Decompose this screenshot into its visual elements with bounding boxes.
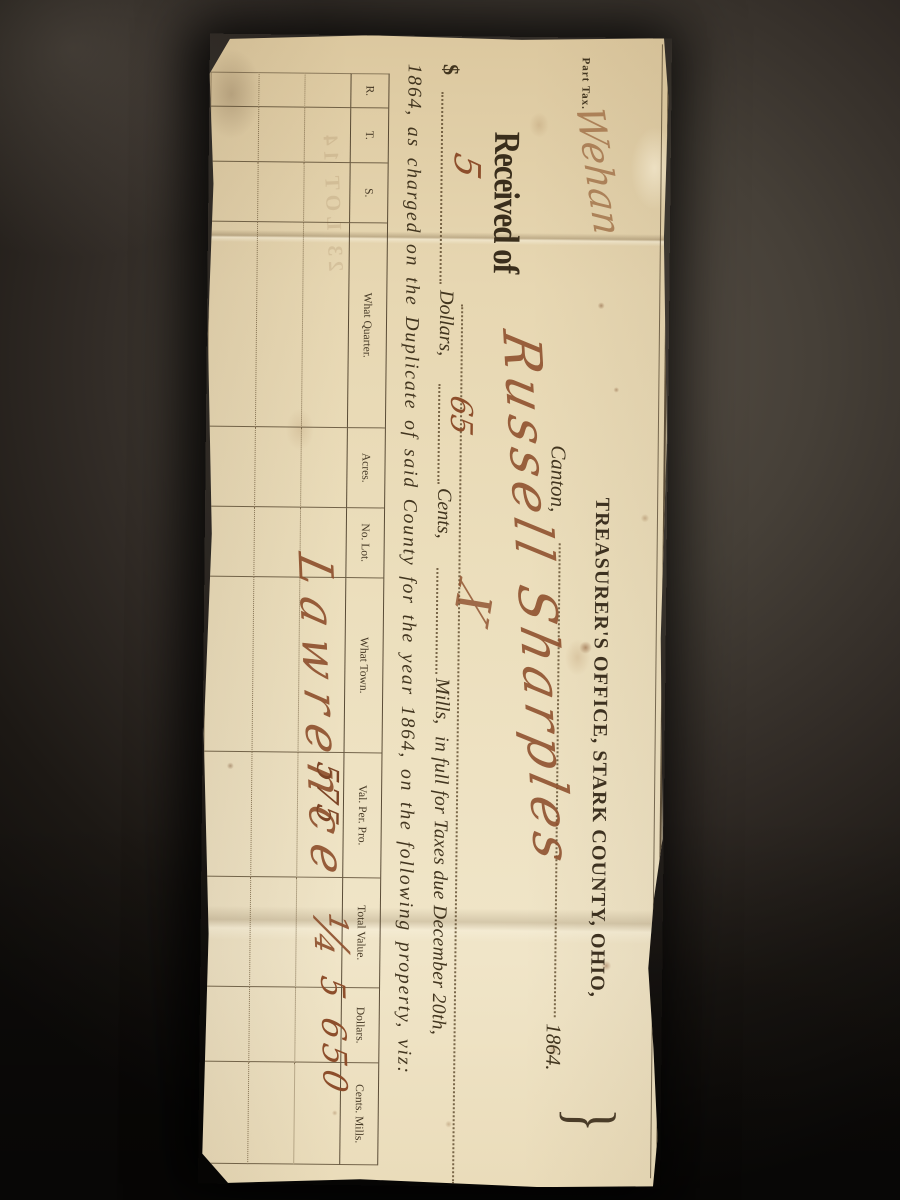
table-cell <box>207 222 257 427</box>
table-cell <box>248 987 295 1062</box>
column-header-section: S. <box>349 163 388 223</box>
cents-label: Cents, <box>432 488 456 539</box>
clause-line2: 1864, as charged on the Duplicate of sai… <box>392 64 425 1075</box>
mills-label: Mills, <box>430 678 453 724</box>
table-cell <box>249 877 296 987</box>
column-header-acres: Acres. <box>346 428 385 508</box>
table-cell <box>258 72 304 107</box>
table-cell <box>304 73 350 108</box>
column-header-what-town: What Town. <box>344 578 384 753</box>
column-header-range: R. <box>350 73 388 108</box>
photo-background: Part Tax. Wehan TREASURER'S OFFICE, STAR… <box>0 0 900 1200</box>
table-cell <box>206 427 255 507</box>
table-cell <box>210 72 258 108</box>
header-brace: } <box>552 1107 631 1132</box>
corner-handwriting: Wehan <box>567 105 631 236</box>
received-of-label: Received of <box>484 132 528 274</box>
tax-receipt-document: Part Tax. Wehan TREASURER'S OFFICE, STAR… <box>198 34 672 1189</box>
table-cell <box>250 752 297 877</box>
table-cell <box>254 427 301 507</box>
table-cell <box>258 107 305 162</box>
dollars-label: Dollars, <box>434 290 458 356</box>
table-cell <box>247 1062 294 1164</box>
table-cell <box>210 107 259 162</box>
table-cell <box>209 162 258 222</box>
table-cell <box>204 577 254 752</box>
cents-handwritten-value: 65 <box>443 392 478 438</box>
table-cell <box>300 428 347 508</box>
table-cell <box>257 162 304 222</box>
entry-dollars-cents-mills: 5 650 <box>313 973 355 1101</box>
dollar-sign: $ <box>438 64 464 75</box>
clause-line1: in full for Taxes due December 20th, <box>427 736 452 1035</box>
year-label: 1864. <box>540 1023 565 1071</box>
column-header-town: T. <box>350 108 389 163</box>
entry-val-per-pro: 575 <box>309 759 345 830</box>
dollars-dotted-line <box>439 92 485 284</box>
corner-label: Part Tax. <box>579 57 592 110</box>
column-header-what-quarter: What Quarter. <box>347 223 387 428</box>
table-cell <box>200 987 249 1062</box>
table-cell <box>205 507 254 577</box>
column-header-no-lot: No. Lot. <box>345 508 384 578</box>
table-cell <box>202 752 251 877</box>
table-cell <box>199 1062 248 1164</box>
table-cell <box>255 222 303 427</box>
